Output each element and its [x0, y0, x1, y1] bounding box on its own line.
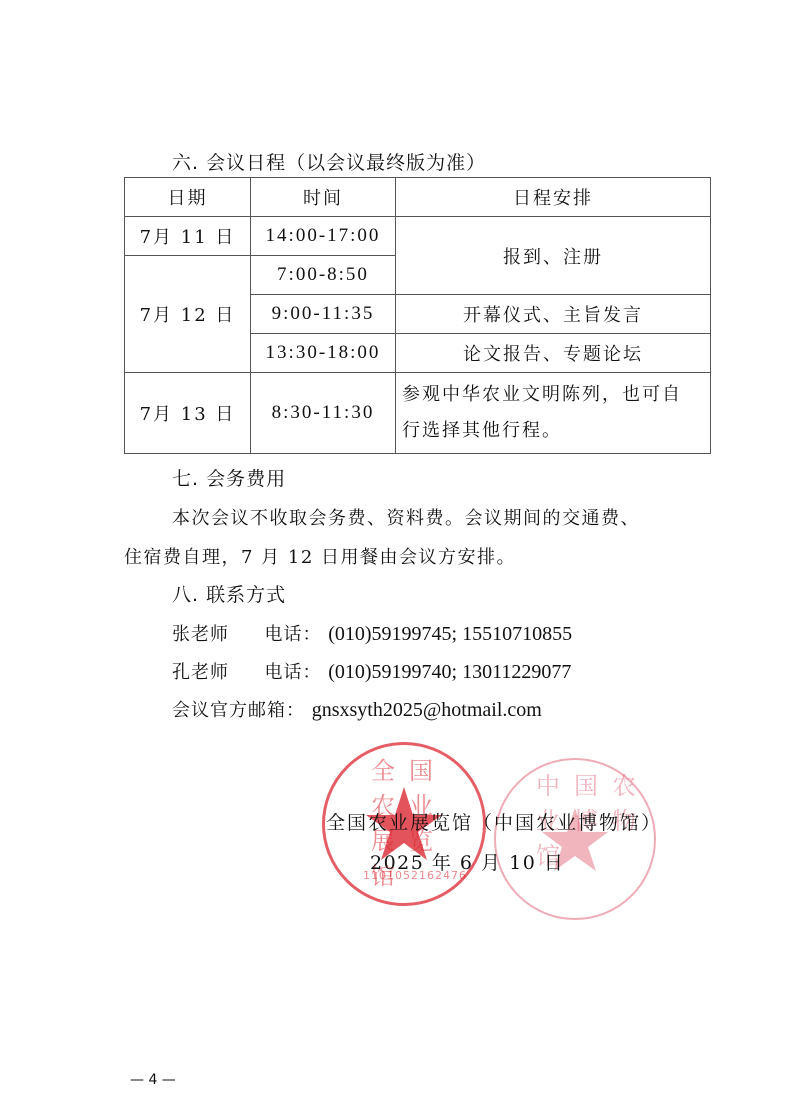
right-official-stamp: 中国农业博物馆 [494, 758, 656, 920]
time-cell: 13:30-18:00 [251, 334, 396, 373]
table-header-row: 日期 时间 日程安排 [125, 178, 711, 217]
header-date: 日期 [125, 178, 251, 217]
email-label: 会议官方邮箱： [172, 700, 305, 721]
activity-cell: 参观中华农业文明陈列，也可自 行选择其他行程。 [396, 373, 711, 454]
contact-name: 张老师 [172, 624, 229, 645]
schedule-table: 日期 时间 日程安排 7月 11 日 14:00-17:00 报到、注册 7月 … [124, 177, 711, 454]
fee-paragraph-line1: 本次会议不收取会务费、资料费。会议期间的交通费、 [172, 504, 640, 530]
header-schedule: 日程安排 [396, 178, 711, 217]
table-row: 7月 11 日 14:00-17:00 报到、注册 [125, 217, 711, 256]
date-cell: 7月 12 日 [125, 256, 251, 373]
contact-label: 电话： [264, 624, 321, 645]
table-row: 7月 13 日 8:30-11:30 参观中华农业文明陈列，也可自 行选择其他行… [125, 373, 711, 454]
activity-cell: 开幕仪式、主旨发言 [396, 295, 711, 334]
section-7-heading: 七. 会务费用 [172, 464, 286, 491]
contact-name: 孔老师 [172, 662, 229, 683]
email-address: gnsxsyth2025@hotmail.com [312, 699, 542, 721]
page-number: — 4 — [130, 1072, 176, 1088]
fee-paragraph-line2: 住宿费自理，7 月 12 日用餐由会议方安排。 [124, 543, 516, 569]
section-8-heading: 八. 联系方式 [172, 580, 286, 607]
time-cell: 8:30-11:30 [251, 373, 396, 454]
activity-cell: 报到、注册 [396, 217, 711, 295]
contact-email: 会议官方邮箱： gnsxsyth2025@hotmail.com [172, 696, 542, 722]
contact-kong: 孔老师 电话： (010)59199740; 13011229077 [172, 658, 571, 684]
time-cell: 9:00-11:35 [251, 295, 396, 334]
contact-label: 电话： [264, 662, 321, 683]
activity-line: 参观中华农业文明陈列，也可自 [402, 377, 704, 413]
signature-date: 2025 年 6 月 10 日 [370, 848, 564, 875]
date-cell: 7月 11 日 [125, 217, 251, 256]
signature-org: 全国农业展览馆（中国农业博物馆） [326, 808, 662, 835]
activity-cell: 论文报告、专题论坛 [396, 334, 711, 373]
time-cell: 7:00-8:50 [251, 256, 396, 295]
date-cell: 7月 13 日 [125, 373, 251, 454]
time-cell: 14:00-17:00 [251, 217, 396, 256]
header-time: 时间 [251, 178, 396, 217]
contact-phone: (010)59199740; 13011229077 [328, 661, 571, 683]
contact-zhang: 张老师 电话： (010)59199745; 15510710855 [172, 620, 572, 646]
activity-line: 行选择其他行程。 [402, 413, 704, 449]
contact-phone: (010)59199745; 15510710855 [328, 623, 572, 645]
section-6-heading: 六. 会议日程（以会议最终版为准） [172, 148, 486, 175]
